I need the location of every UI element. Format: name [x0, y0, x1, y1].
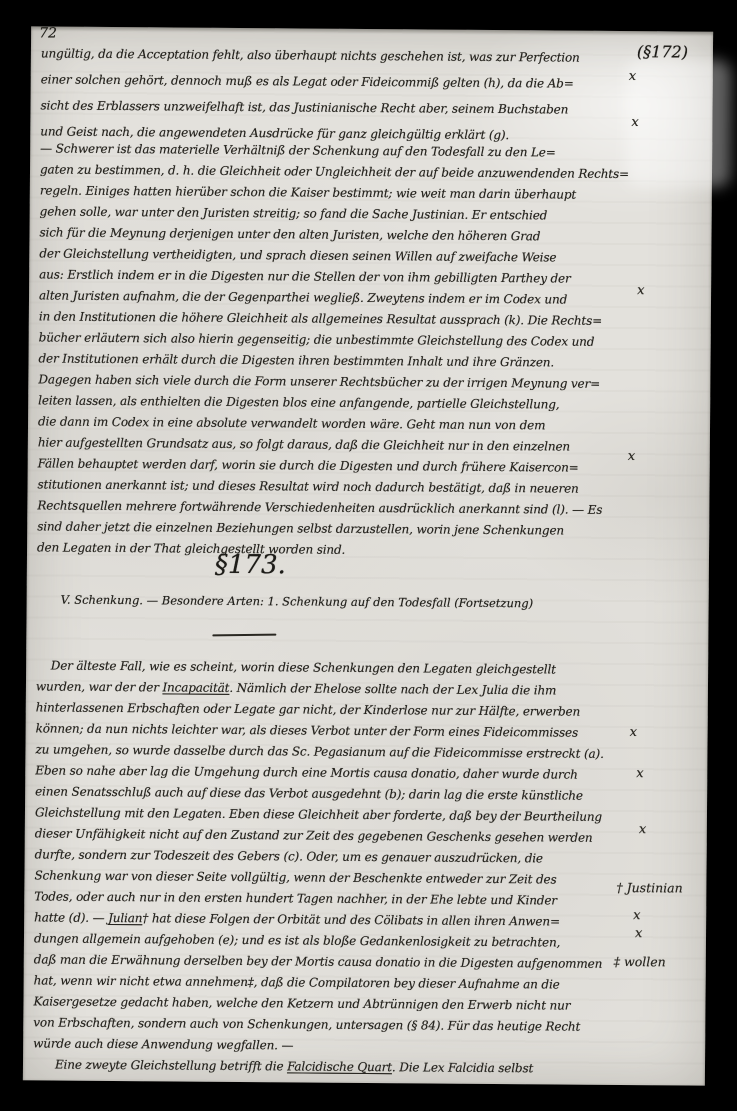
margin-mark: x [636, 766, 643, 781]
scan-background: { "document": { "page_number": "72", "co… [0, 0, 737, 1111]
margin-mark: x [630, 725, 637, 740]
margin-annotations: xxxxxxx† Justinianxx‡ wollen [23, 26, 713, 1085]
margin-mark: x [629, 69, 636, 84]
manuscript-page: 72 (§172) ungültig, da die Acceptation f… [23, 26, 713, 1085]
margin-mark: x [631, 115, 638, 130]
margin-mark: x [639, 822, 646, 837]
margin-mark: x [637, 283, 644, 298]
margin-mark: ‡ wollen [614, 954, 666, 969]
margin-mark: † Justinian [616, 880, 682, 896]
margin-mark: x [633, 908, 640, 923]
margin-mark: x [635, 926, 642, 941]
margin-mark: x [628, 449, 635, 464]
